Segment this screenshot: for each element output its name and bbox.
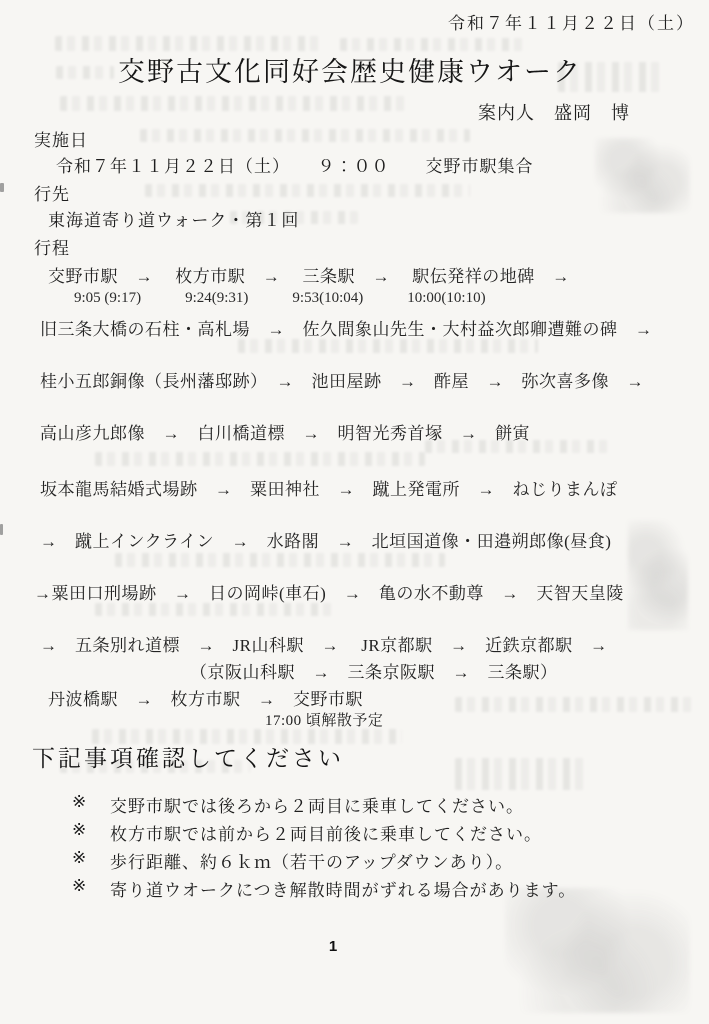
bleedthrough-smudge xyxy=(238,339,538,353)
note-marker: ※ xyxy=(72,876,110,901)
bleedthrough-smudge xyxy=(595,138,690,213)
route-time: 10:00(10:10) xyxy=(407,290,485,307)
scan-smudge xyxy=(505,888,690,1013)
note-marker: ※ xyxy=(72,820,110,845)
scan-edge-mark xyxy=(0,183,4,192)
bleedthrough-smudge xyxy=(455,758,585,790)
note-item: ※ 歩行距離、約６ｋｍ（若干のアップダウンあり）。 xyxy=(72,848,513,873)
dismissal-time: 17:00 頃解散予定 xyxy=(265,709,383,730)
bleedthrough-smudge xyxy=(628,520,688,630)
label-destination: 行先 xyxy=(34,180,70,205)
destination-value: 東海道寄り道ウォーク・第１回 xyxy=(48,206,299,231)
note-item: ※ 寄り道ウオークにつき解散時間がずれる場合があります。 xyxy=(72,876,576,901)
label-event-date: 実施日 xyxy=(34,126,88,151)
note-text: 交野市駅では後ろから２両目に乗車してください。 xyxy=(110,792,524,817)
page-number: 1 xyxy=(318,938,348,955)
bleedthrough-smudge xyxy=(140,129,470,142)
route-line: 交野市駅 → 枚方市駅 → 三条駅 → 駅伝発祥の地碑 → xyxy=(48,262,570,287)
bleedthrough-smudge xyxy=(115,553,445,567)
route-line: 丹波橋駅 → 枚方市駅 → 交野市駅 xyxy=(48,685,363,710)
event-date-value: 令和７年１１月２２日（土） ９：００ 交野市駅集合 xyxy=(56,152,534,177)
bleedthrough-smudge xyxy=(56,66,114,79)
bleedthrough-smudge xyxy=(455,697,693,712)
route-time: 9:24(9:31) xyxy=(185,290,248,307)
guide-name: 案内人 盛岡 博 xyxy=(478,99,630,125)
note-item: ※ 枚方市駅では前から２両目前後に乗車してください。 xyxy=(72,820,542,845)
note-text: 歩行距離、約６ｋｍ（若干のアップダウンあり）。 xyxy=(110,848,513,873)
note-item: ※ 交野市駅では後ろから２両目に乗車してください。 xyxy=(72,792,524,817)
note-text: 枚方市駅では前から２両目前後に乗車してください。 xyxy=(110,820,542,845)
note-text: 寄り道ウオークにつき解散時間がずれる場合があります。 xyxy=(110,876,576,901)
bleedthrough-smudge xyxy=(60,96,405,111)
bleedthrough-smudge xyxy=(95,452,425,466)
bleedthrough-smudge xyxy=(95,603,335,616)
document-title: 交野古文化同好会歴史健康ウオーク xyxy=(118,50,582,89)
route-line: → 五条別れ道標 → JR山科駅 → JR京都駅 → 近鉄京都駅 → xyxy=(40,631,608,656)
scanned-document-page: 令和７年１１月２２日（土） 交野古文化同好会歴史健康ウオーク 案内人 盛岡 博 … xyxy=(0,0,709,1024)
route-line: （京阪山科駅 → 三条京阪駅 → 三条駅） xyxy=(190,658,558,683)
route-line: 旧三条大橋の石柱・高札場 → 佐久間象山先生・大村益次郎卿遭難の碑 → xyxy=(40,315,653,340)
route-line: → 蹴上インクライン → 水路閣 → 北垣国道像・田邉朔郎像(昼食) xyxy=(40,527,611,552)
bleedthrough-smudge xyxy=(55,36,323,51)
route-times: 9:05 (9:17) 9:24(9:31) 9:53(10:04) 10:00… xyxy=(74,290,486,307)
note-marker: ※ xyxy=(72,848,110,873)
bleedthrough-smudge xyxy=(145,184,470,197)
label-itinerary: 行程 xyxy=(34,234,70,259)
scan-edge-mark xyxy=(0,524,3,535)
route-time: 9:53(10:04) xyxy=(292,290,363,307)
route-time: 9:05 (9:17) xyxy=(74,290,141,307)
route-line: →粟田口刑場跡 → 日の岡峠(車石) → 亀の水不動尊 → 天智天皇陵 xyxy=(34,579,624,604)
note-marker: ※ xyxy=(72,792,110,817)
document-date: 令和７年１１月２２日（土） xyxy=(448,9,695,34)
route-line: 高山彦九郎像 → 白川橋道標 → 明智光秀首塚 → 餅寅 xyxy=(40,419,530,444)
notes-heading: 下記事項確認してください xyxy=(32,740,344,773)
route-line: 坂本龍馬結婚式場跡 → 粟田神社 → 蹴上発電所 → ねじりまんぽ xyxy=(40,475,618,500)
route-line: 桂小五郎銅像（長州藩邸跡） → 池田屋跡 → 酢屋 → 弥次喜多像 → xyxy=(40,367,644,392)
